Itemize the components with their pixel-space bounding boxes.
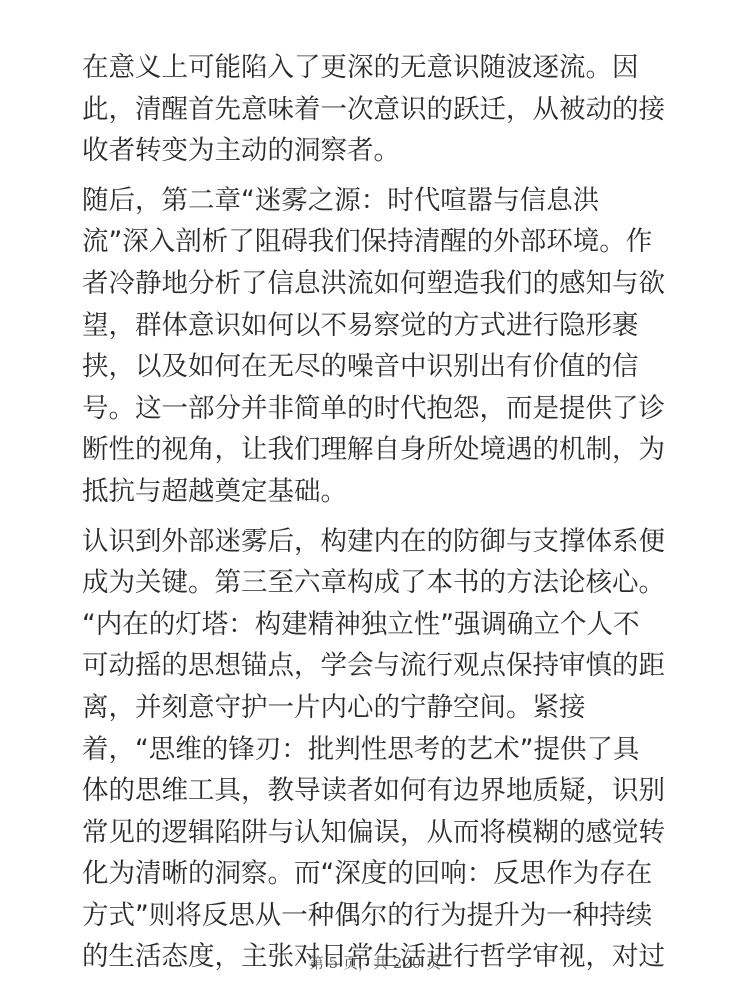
text-line: 方式”则将反思从一种偶尔的行为提升为一种持续 [82,895,682,937]
page-indicator: 第 5 页，共 220 页 [0,951,750,975]
text-line: 认识到外部迷雾后，构建内在的防御与支撑体系便 [82,521,682,563]
text-line: 随后，第二章“迷雾之源：时代喧嚣与信息洪 [82,180,682,222]
text-line: 挟，以及如何在无尽的噪音中识别出有价值的信 [82,346,682,388]
text-line: 号。这一部分并非简单的时代抱怨，而是提供了诊 [82,388,682,430]
text-line: 在意义上可能陷入了更深的无意识随波逐流。因 [82,47,682,89]
text-line: 断性的视角，让我们理解自身所处境遇的机制，为 [82,429,682,471]
page-content: 在意义上可能陷入了更深的无意识随波逐流。因 此，清醒首先意味着一次意识的跃迁，从… [82,47,682,986]
text-line: 化为清晰的洞察。而“深度的回响：反思作为存在 [82,853,682,895]
text-line: 者冷静地分析了信息洪流如何塑造我们的感知与欲 [82,263,682,305]
document-page: 在意义上可能陷入了更深的无意识随波逐流。因 此，清醒首先意味着一次意识的跃迁，从… [0,0,750,1000]
text-line: 望，群体意识如何以不易察觉的方式进行隐形裹 [82,305,682,347]
paragraph-1: 在意义上可能陷入了更深的无意识随波逐流。因 此，清醒首先意味着一次意识的跃迁，从… [82,47,682,172]
text-line: 此，清醒首先意味着一次意识的跃迁，从被动的接 [82,89,682,131]
text-line: 流”深入剖析了阻碍我们保持清醒的外部环境。作 [82,221,682,263]
text-line: 可动摇的思想锚点，学会与流行观点保持审慎的距 [82,645,682,687]
text-line: 成为关键。第三至六章构成了本书的方法论核心。 [82,562,682,604]
paragraph-3: 认识到外部迷雾后，构建内在的防御与支撑体系便 成为关键。第三至六章构成了本书的方… [82,521,682,979]
text-line: 着，“思维的锋刃：批判性思考的艺术”提供了具 [82,729,682,771]
text-line: 离，并刻意守护一片内心的宁静空间。紧接 [82,687,682,729]
text-line: “内在的灯塔：构建精神独立性”强调确立个人不 [82,604,682,646]
paragraph-2: 随后，第二章“迷雾之源：时代喧嚣与信息洪 流”深入剖析了阻碍我们保持清醒的外部环… [82,180,682,513]
text-line: 收者转变为主动的洞察者。 [82,130,682,172]
text-line: 抵抗与超越奠定基础。 [82,471,682,513]
text-line: 体的思维工具，教导读者如何有边界地质疑，识别 [82,770,682,812]
text-line: 常见的逻辑陷阱与认知偏误，从而将模糊的感觉转 [82,812,682,854]
